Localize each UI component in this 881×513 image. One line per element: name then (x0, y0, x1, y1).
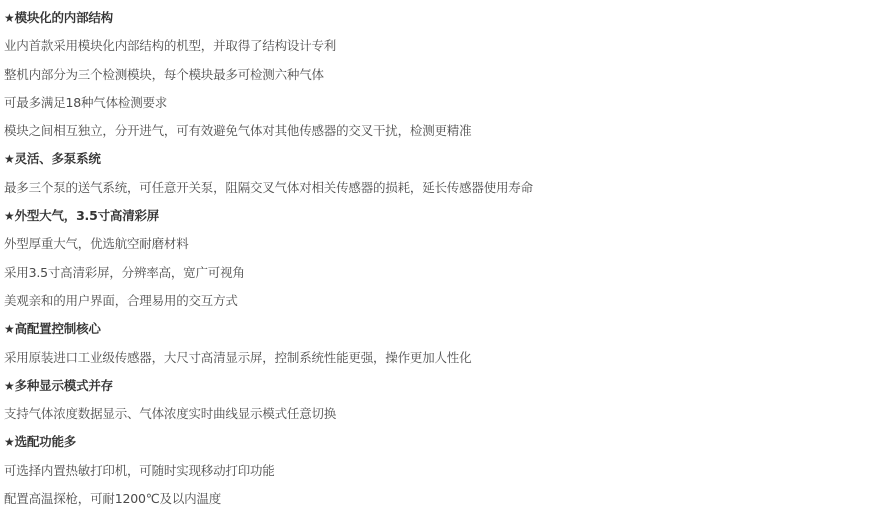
feature-list-document: ★模块化的内部结构 业内首款采用模块化内部结构的机型，并取得了结构设计专利 整机… (0, 0, 881, 513)
feature-line: 采用原装进口工业级传感器，大尺寸高清显示屏，控制系统性能更强，操作更加人性化 (4, 344, 881, 372)
feature-line: 外型厚重大气，优选航空耐磨材料 (4, 230, 881, 258)
feature-line: 整机内部分为三个检测模块，每个模块最多可检测六种气体 (4, 61, 881, 89)
section-heading-modular-structure: ★模块化的内部结构 (4, 4, 881, 32)
feature-line: 可选择内置热敏打印机，可随时实现移动打印功能 (4, 457, 881, 485)
feature-line: 支持气体浓度数据显示、气体浓度实时曲线显示模式任意切换 (4, 400, 881, 428)
feature-line: 可最多满足18种气体检测要求 (4, 89, 881, 117)
star-icon: ★ (4, 379, 15, 393)
feature-line: 配置高温探枪，可耐1200℃及以内温度 (4, 485, 881, 513)
star-icon: ★ (4, 11, 15, 25)
feature-line: 模块之间相互独立，分开进气，可有效避免气体对其他传感器的交叉干扰，检测更精准 (4, 117, 881, 145)
feature-line: 业内首款采用模块化内部结构的机型，并取得了结构设计专利 (4, 32, 881, 60)
section-heading-multi-pump-system: ★灵活、多泵系统 (4, 145, 881, 173)
feature-line: 美观亲和的用户界面，合理易用的交互方式 (4, 287, 881, 315)
star-icon: ★ (4, 209, 15, 223)
star-icon: ★ (4, 152, 15, 166)
section-heading-display-modes: ★多种显示模式并存 (4, 372, 881, 400)
feature-line: 采用3.5寸高清彩屏，分辨率高，宽广可视角 (4, 259, 881, 287)
section-heading-exterior-display: ★外型大气，3.5寸高清彩屏 (4, 202, 881, 230)
star-icon: ★ (4, 322, 15, 336)
section-heading-optional-features: ★选配功能多 (4, 428, 881, 456)
feature-line: 最多三个泵的送气系统，可任意开关泵，阻隔交叉气体对相关传感器的损耗，延长传感器使… (4, 174, 881, 202)
star-icon: ★ (4, 435, 15, 449)
section-heading-control-core: ★高配置控制核心 (4, 315, 881, 343)
